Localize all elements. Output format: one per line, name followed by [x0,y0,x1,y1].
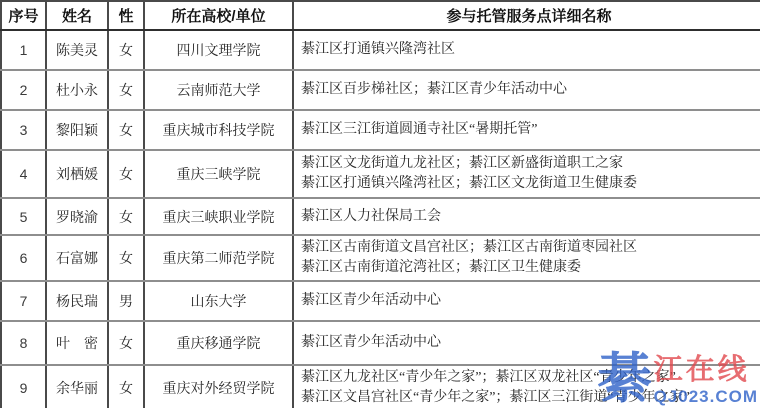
cell-school: 重庆移通学院 [144,321,293,365]
document-page: 序号 姓名 性 所在高校/单位 参与托管服务点详细名称 1 陈美灵 女 四川文理… [0,0,760,408]
header-school: 所在高校/单位 [144,1,293,30]
cell-gender: 女 [108,70,144,110]
roster-table: 序号 姓名 性 所在高校/单位 参与托管服务点详细名称 1 陈美灵 女 四川文理… [0,0,760,408]
cell-sites: 綦江区百步梯社区；綦江区青少年活动中心 [293,70,760,110]
cell-name: 石富娜 [46,235,108,281]
cell-gender: 女 [108,321,144,365]
cell-no: 4 [1,150,46,198]
site-line: 綦江区古南街道沱湾社区；綦江区卫生健康委 [301,258,760,278]
cell-gender: 女 [108,198,144,235]
table-row: 6 石富娜 女 重庆第二师范学院 綦江区古南街道文昌宫社区；綦江区古南街道枣园社… [1,235,760,281]
header-sites: 参与托管服务点详细名称 [293,1,760,30]
table-row: 3 黎阳颖 女 重庆城市科技学院 綦江区三江街道圆通寺社区“暑期托管” [1,110,760,150]
cell-school: 重庆三峡职业学院 [144,198,293,235]
site-line: 綦江区古南街道文昌宫社区；綦江区古南街道枣园社区 [301,238,760,258]
cell-sites: 綦江区文龙街道九龙社区；綦江区新盛街道职工之家 綦江区打通镇兴隆湾社区；綦江区文… [293,150,760,198]
cell-no: 2 [1,70,46,110]
cell-sites: 綦江区九龙社区“青少年之家”；綦江区双龙社区“青少年之家” 綦江区文昌宫社区“青… [293,365,760,408]
cell-name: 叶 密 [46,321,108,365]
cell-name: 罗晓渝 [46,198,108,235]
cell-school: 云南师范大学 [144,70,293,110]
cell-sites: 綦江区青少年活动中心 [293,281,760,321]
cell-no: 3 [1,110,46,150]
cell-no: 6 [1,235,46,281]
cell-sites: 綦江区打通镇兴隆湾社区 [293,30,760,70]
table-row: 8 叶 密 女 重庆移通学院 綦江区青少年活动中心 [1,321,760,365]
site-line: 綦江区打通镇兴隆湾社区 [301,40,760,60]
table-row: 7 杨民瑞 男 山东大学 綦江区青少年活动中心 [1,281,760,321]
header-no: 序号 [1,1,46,30]
cell-name: 杨民瑞 [46,281,108,321]
cell-school: 重庆三峡学院 [144,150,293,198]
table-row: 4 刘栖媛 女 重庆三峡学院 綦江区文龙街道九龙社区；綦江区新盛街道职工之家 綦… [1,150,760,198]
site-line: 綦江区文昌宫社区“青少年之家”；綦江区三江街道“青少年之家” [301,388,760,408]
cell-name: 余华丽 [46,365,108,408]
site-line: 綦江区青少年活动中心 [301,291,760,311]
site-line: 綦江区人力社保局工会 [301,207,760,227]
cell-gender: 女 [108,30,144,70]
cell-no: 7 [1,281,46,321]
site-line: 綦江区百步梯社区；綦江区青少年活动中心 [301,80,760,100]
cell-gender: 女 [108,365,144,408]
cell-gender: 女 [108,110,144,150]
cell-no: 9 [1,365,46,408]
cell-name: 杜小永 [46,70,108,110]
table-row: 5 罗晓渝 女 重庆三峡职业学院 綦江区人力社保局工会 [1,198,760,235]
site-line: 綦江区青少年活动中心 [301,333,760,353]
cell-no: 1 [1,30,46,70]
cell-school: 重庆城市科技学院 [144,110,293,150]
cell-name: 黎阳颖 [46,110,108,150]
cell-sites: 綦江区三江街道圆通寺社区“暑期托管” [293,110,760,150]
site-line: 綦江区文龙街道九龙社区；綦江区新盛街道职工之家 [301,154,760,174]
cell-no: 5 [1,198,46,235]
cell-sites: 綦江区古南街道文昌宫社区；綦江区古南街道枣园社区 綦江区古南街道沱湾社区；綦江区… [293,235,760,281]
header-name: 姓名 [46,1,108,30]
cell-name: 刘栖媛 [46,150,108,198]
cell-sites: 綦江区青少年活动中心 [293,321,760,365]
site-line: 綦江区三江街道圆通寺社区“暑期托管” [301,120,760,140]
cell-school: 山东大学 [144,281,293,321]
table-row: 1 陈美灵 女 四川文理学院 綦江区打通镇兴隆湾社区 [1,30,760,70]
cell-gender: 男 [108,281,144,321]
cell-sites: 綦江区人力社保局工会 [293,198,760,235]
cell-school: 重庆对外经贸学院 [144,365,293,408]
cell-name: 陈美灵 [46,30,108,70]
cell-gender: 女 [108,150,144,198]
cell-school: 重庆第二师范学院 [144,235,293,281]
cell-no: 8 [1,321,46,365]
site-line: 綦江区九龙社区“青少年之家”；綦江区双龙社区“青少年之家” [301,368,760,388]
cell-gender: 女 [108,235,144,281]
site-line: 綦江区打通镇兴隆湾社区；綦江区文龙街道卫生健康委 [301,174,760,194]
header-row: 序号 姓名 性 所在高校/单位 参与托管服务点详细名称 [1,1,760,30]
header-gender: 性 [108,1,144,30]
table-row: 9 余华丽 女 重庆对外经贸学院 綦江区九龙社区“青少年之家”；綦江区双龙社区“… [1,365,760,408]
cell-school: 四川文理学院 [144,30,293,70]
table-row: 2 杜小永 女 云南师范大学 綦江区百步梯社区；綦江区青少年活动中心 [1,70,760,110]
